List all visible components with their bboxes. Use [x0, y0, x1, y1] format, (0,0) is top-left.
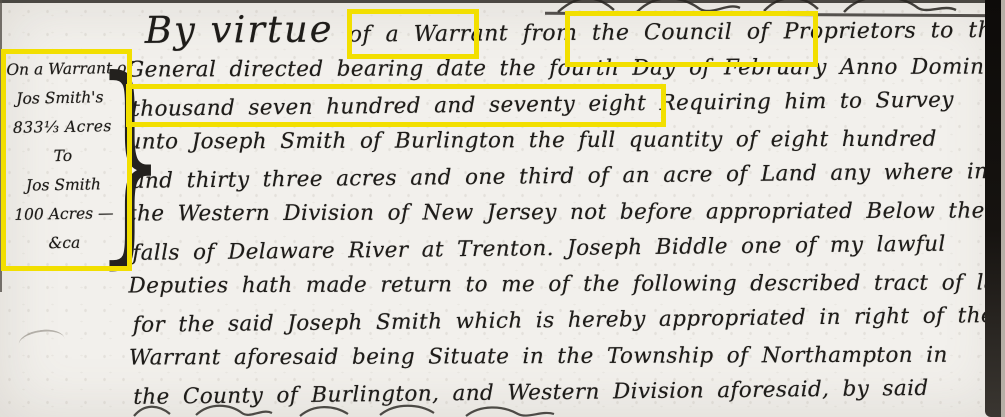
cut-off-text-fragment-bottom — [130, 402, 560, 417]
manuscript-body: By virtue of a Warrant from the Council … — [127, 3, 992, 417]
highlight-box-year-1778 — [126, 84, 666, 127]
ink-smudge — [17, 327, 65, 347]
heading-by-virtue: By virtue — [145, 8, 334, 52]
highlight-box-margin-note — [1, 49, 132, 271]
highlight-box-council-of-proprietors — [565, 11, 818, 67]
scan-gutter-shadow — [985, 0, 1001, 417]
scanned-document-page: By virtue of a Warrant from the Council … — [0, 0, 1005, 417]
highlight-box-a-warrant — [347, 9, 479, 59]
scan-edge-sliver — [1001, 0, 1005, 417]
